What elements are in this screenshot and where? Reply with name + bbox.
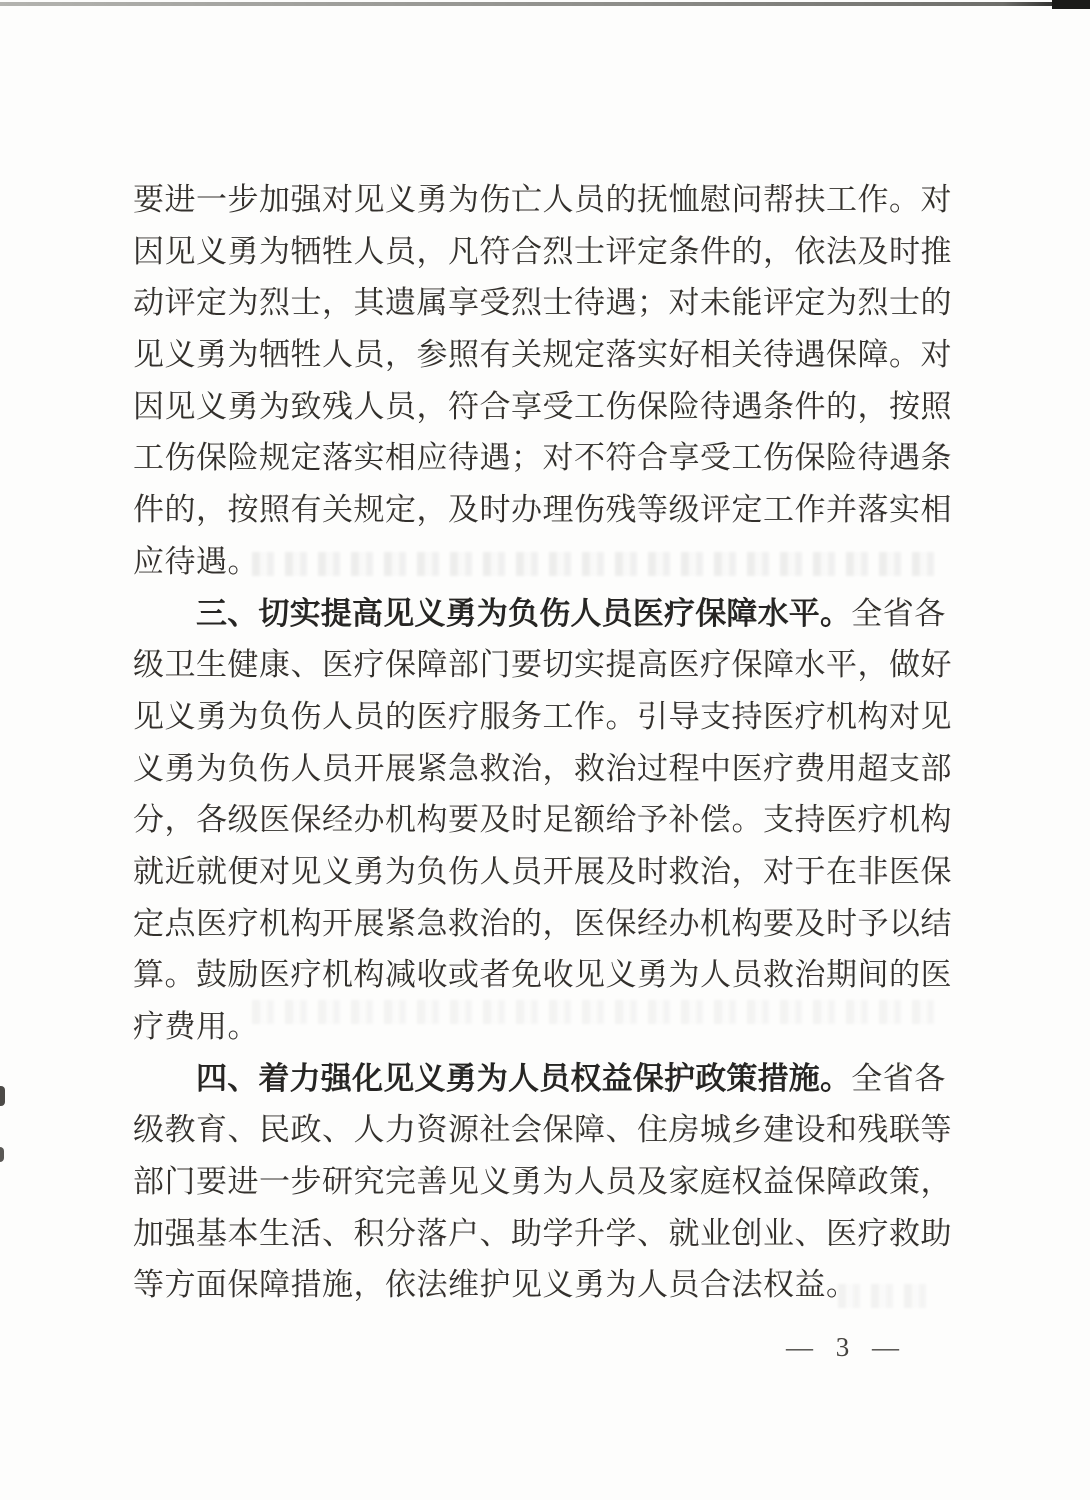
text-line: 因见义勇为牺牲人员，凡符合烈士评定条件的，依法及时推 [133,226,931,278]
page-number: — 3 — [786,1331,900,1363]
text-line: 疗费用。 [133,1001,931,1053]
text-line: 工伤保险规定落实相应待遇；对不符合享受工伤保险待遇条 [133,432,931,484]
section-heading-text: 四、着力强化见义勇为人员权益保护政策措施。 [196,1061,851,1096]
body-text: 见义勇为牺牲人员，参照有关规定落实好相关待遇保障。对 [133,337,952,372]
text-line: 级卫生健康、医疗保障部门要切实提高医疗保障水平，做好 [133,639,931,691]
body-text: 因见义勇为致残人员，符合享受工伤保险待遇条件的，按照 [133,389,952,424]
section-heading-text: 三、切实提高见义勇为负伤人员医疗保障水平。 [196,596,851,631]
text-line: 见义勇为负伤人员的医疗服务工作。引导支持医疗机构对见 [133,691,931,743]
body-text: 义勇为负伤人员开展紧急救治，救治过程中医疗费用超支部 [133,751,952,786]
body-text: 就近就便对见义勇为负伤人员开展及时救治，对于在非医保 [133,854,952,889]
body-text: 级教育、民政、人力资源社会保障、住房城乡建设和残联等 [133,1112,952,1147]
scan-top-edge-line [0,2,1090,6]
text-line: 应待遇。 [133,536,931,588]
text-line: 因见义勇为致残人员，符合享受工伤保险待遇条件的，按照 [133,381,931,433]
text-line: 件的，按照有关规定，及时办理伤残等级评定工作并落实相 [133,484,931,536]
body-text: 分，各级医保经办机构要及时足额给予补偿。支持医疗机构 [133,802,952,837]
body-text: 全省各 [851,1061,946,1096]
body-text: 等方面保障措施，依法维护见义勇为人员合法权益。 [133,1267,858,1302]
body-text: 应待遇。 [133,544,259,579]
document-body: 要进一步加强对见义勇为伤亡人员的抚恤慰问帮扶工作。对因见义勇为牺牲人员，凡符合烈… [133,174,931,1311]
text-line: 动评定为烈士，其遗属享受烈士待遇；对未能评定为烈士的 [133,277,931,329]
body-text: 件的，按照有关规定，及时办理伤残等级评定工作并落实相 [133,492,952,527]
text-line: 分，各级医保经办机构要及时足额给予补偿。支持医疗机构 [133,794,931,846]
text-line: 义勇为负伤人员开展紧急救治，救治过程中医疗费用超支部 [133,743,931,795]
body-text: 工伤保险规定落实相应待遇；对不符合享受工伤保险待遇条 [133,440,952,475]
text-line: 加强基本生活、积分落户、助学升学、就业创业、医疗救助 [133,1208,931,1260]
text-line: 就近就便对见义勇为负伤人员开展及时救治，对于在非医保 [133,846,931,898]
text-line: 部门要进一步研究完善见义勇为人员及家庭权益保障政策， [133,1156,931,1208]
body-text: 因见义勇为牺牲人员，凡符合烈士评定条件的，依法及时推 [133,234,952,269]
text-line: 定点医疗机构开展紧急救治的，医保经办机构要及时予以结 [133,898,931,950]
scan-corner-mark [1052,0,1090,9]
body-text: 定点医疗机构开展紧急救治的，医保经办机构要及时予以结 [133,906,952,941]
body-text: 疗费用。 [133,1009,259,1044]
text-line: 见义勇为牺牲人员，参照有关规定落实好相关待遇保障。对 [133,329,931,381]
body-text: 算。鼓励医疗机构减收或者免收见义勇为人员救治期间的医 [133,957,952,992]
left-edge-ink-speck [0,1147,4,1162]
text-line: 算。鼓励医疗机构减收或者免收见义勇为人员救治期间的医 [133,949,931,1001]
section-heading-line: 三、切实提高见义勇为负伤人员医疗保障水平。全省各 [133,588,931,640]
body-text: 要进一步加强对见义勇为伤亡人员的抚恤慰问帮扶工作。对 [133,182,952,217]
body-text: 部门要进一步研究完善见义勇为人员及家庭权益保障政策， [133,1164,952,1199]
body-text: 动评定为烈士，其遗属享受烈士待遇；对未能评定为烈士的 [133,285,952,320]
scanned-document-page: { "page": { "number_label": "— 3 —" }, "… [0,0,1090,1500]
text-line: 等方面保障措施，依法维护见义勇为人员合法权益。 [133,1259,931,1311]
body-text: 见义勇为负伤人员的医疗服务工作。引导支持医疗机构对见 [133,699,952,734]
left-edge-ink-speck [0,1086,5,1106]
body-text: 全省各 [851,596,946,631]
body-text: 级卫生健康、医疗保障部门要切实提高医疗保障水平，做好 [133,647,952,682]
text-line: 级教育、民政、人力资源社会保障、住房城乡建设和残联等 [133,1104,931,1156]
text-line: 要进一步加强对见义勇为伤亡人员的抚恤慰问帮扶工作。对 [133,174,931,226]
section-heading-line: 四、着力强化见义勇为人员权益保护政策措施。全省各 [133,1053,931,1105]
body-text: 加强基本生活、积分落户、助学升学、就业创业、医疗救助 [133,1216,952,1251]
